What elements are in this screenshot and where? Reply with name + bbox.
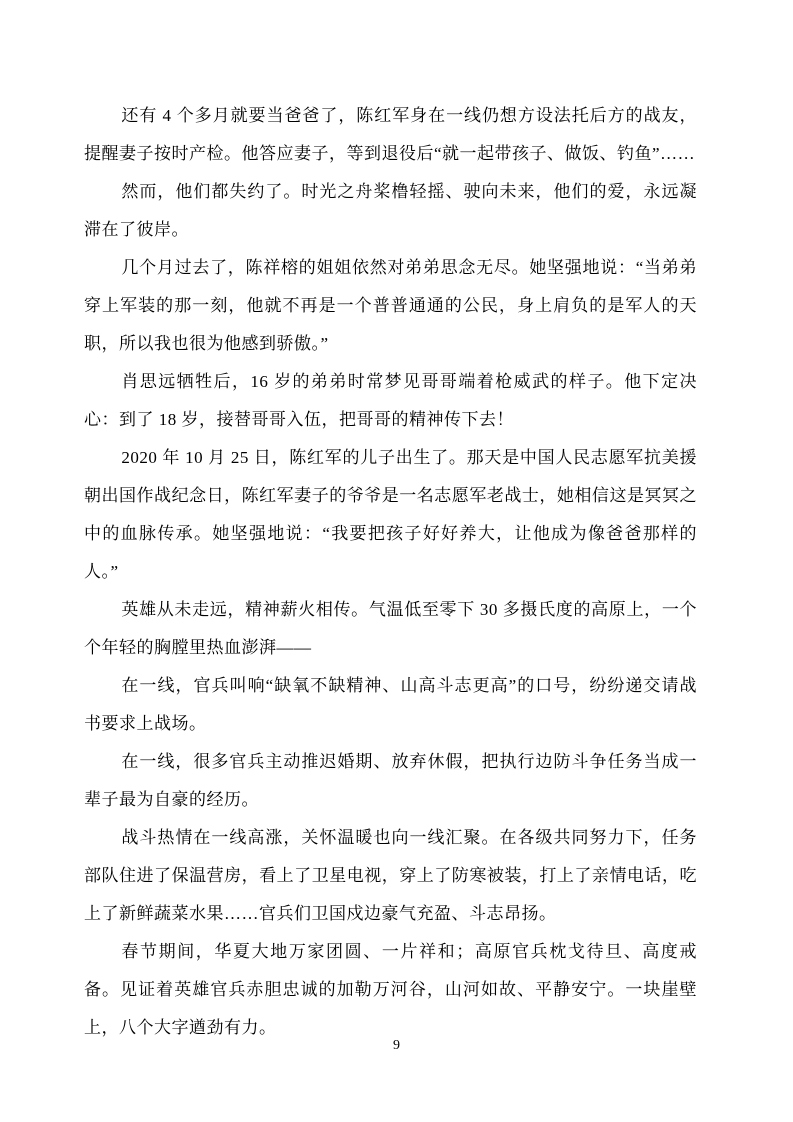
- paragraph: 2020 年 10 月 25 日，陈红军的儿子出生了。那天是中国人民志愿军抗美援…: [84, 439, 697, 591]
- document-page: 还有 4 个多月就要当爸爸了，陈红军身在一线仍想方设法托后方的战友，提醒妻子按时…: [0, 0, 793, 1122]
- paragraph: 在一线，官兵叫响“缺氧不缺精神、山高斗志更高”的口号，纷纷递交请战书要求上战场。: [84, 667, 697, 743]
- page-number: 9: [393, 1038, 400, 1053]
- paragraph: 在一线，很多官兵主动推迟婚期、放弃休假，把执行边防斗争任务当成一辈子最为自豪的经…: [84, 743, 697, 819]
- paragraph: 英雄从未走远，精神薪火相传。气温低至零下 30 多摄氏度的高原上，一个个年轻的胸…: [84, 591, 697, 667]
- paragraph: 战斗热情在一线高涨，关怀温暖也向一线汇聚。在各级共同努力下，任务部队住进了保温营…: [84, 819, 697, 933]
- document-body: 还有 4 个多月就要当爸爸了，陈红军身在一线仍想方设法托后方的战友，提醒妻子按时…: [84, 97, 697, 1047]
- paragraph: 还有 4 个多月就要当爸爸了，陈红军身在一线仍想方设法托后方的战友，提醒妻子按时…: [84, 97, 697, 173]
- page-footer: 9: [0, 1036, 793, 1055]
- paragraph: 几个月过去了，陈祥榕的姐姐依然对弟弟思念无尽。她坚强地说：“当弟弟穿上军装的那一…: [84, 249, 697, 363]
- paragraph: 春节期间，华夏大地万家团圆、一片祥和；高原官兵枕戈待旦、高度戒备。见证着英雄官兵…: [84, 933, 697, 1047]
- paragraph: 肖思远牺牲后，16 岁的弟弟时常梦见哥哥端着枪威武的样子。他下定决心：到了 18…: [84, 363, 697, 439]
- paragraph: 然而，他们都失约了。时光之舟桨橹轻摇、驶向未来，他们的爱，永远凝滞在了彼岸。: [84, 173, 697, 249]
